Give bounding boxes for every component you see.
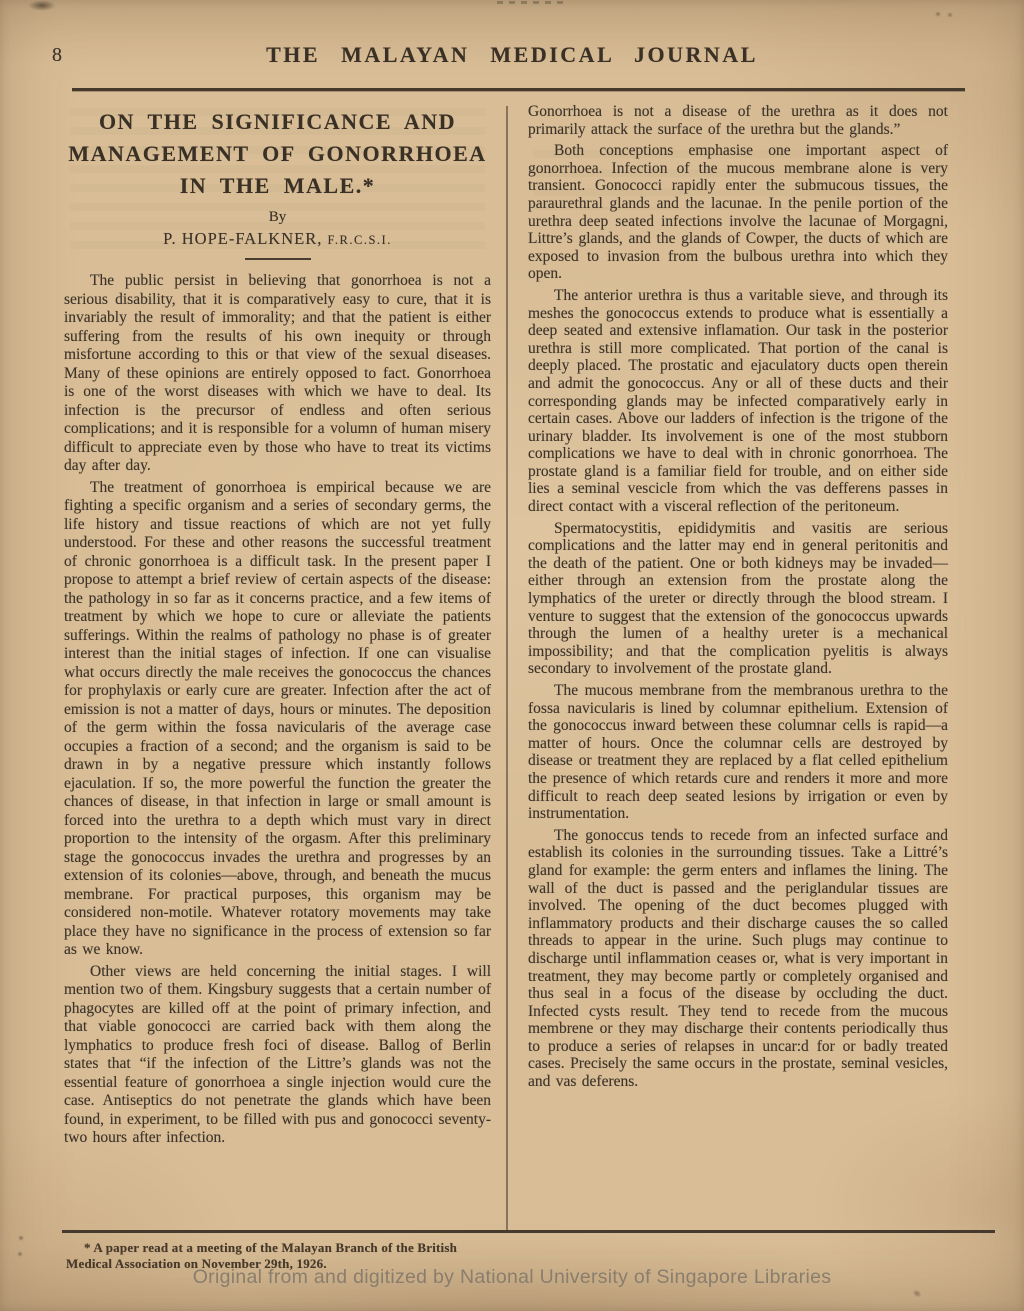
paragraph-left-3: Other views are held concerning the init… [64, 963, 491, 1148]
scan-artifact [497, 1, 569, 4]
footnote-line: * A paper read at a meeting of the Malay… [66, 1240, 746, 1256]
scan-artifact [16, 1234, 26, 1260]
author-credentials: F.R.C.S.I. [327, 233, 391, 247]
title-divider-rule [245, 258, 311, 260]
digitization-watermark: Original from and digitized by National … [0, 1266, 1024, 1289]
article-header: ON THE SIGNIFICANCE AND MANAGEMENT OF GO… [64, 100, 491, 260]
journal-page: 8 THE MALAYAN MEDICAL JOURNAL ON THE SIG… [0, 0, 1024, 1311]
paragraph-left-1: The public persist in believing that gon… [64, 272, 491, 476]
author-line: P. HOPE-FALKNER, F.R.C.S.I. [64, 229, 491, 249]
scan-artifact [28, 0, 56, 11]
paragraph-right-1: Gonorrhoea is not a disease of the ureth… [528, 103, 948, 138]
footer-rule [62, 1230, 995, 1233]
article-title-line: IN THE MALE.* [64, 170, 491, 202]
author-name: P. HOPE-FALKNER, [163, 229, 322, 248]
right-column: Gonorrhoea is not a disease of the ureth… [528, 103, 948, 1095]
article-title: ON THE SIGNIFICANCE AND MANAGEMENT OF GO… [64, 106, 491, 202]
paragraph-right-6: The gonoccus tends to recede from an inf… [528, 827, 948, 1091]
scan-artifact [911, 1288, 923, 1299]
article-title-line: ON THE SIGNIFICANCE AND [64, 106, 491, 138]
left-column: ON THE SIGNIFICANCE AND MANAGEMENT OF GO… [64, 100, 491, 1151]
paragraph-right-4: Spermatocystitis, epididymitis and vasit… [528, 520, 948, 678]
column-divider-rule [506, 106, 508, 1230]
scan-artifact [934, 12, 956, 17]
article-title-line: MANAGEMENT OF GONORRHOEA [64, 138, 491, 170]
journal-title: THE MALAYAN MEDICAL JOURNAL [0, 42, 1024, 68]
byline-by: By [64, 209, 491, 226]
paragraph-right-3: The anterior urethra is thus a varitable… [528, 287, 948, 516]
header-rule [72, 88, 965, 91]
paragraph-left-2: The treatment of gonorrhoea is empirical… [64, 479, 491, 960]
paragraph-right-5: The mucous membrane from the membranous … [528, 682, 948, 823]
paragraph-right-2: Both conceptions emphasise one important… [528, 142, 948, 283]
